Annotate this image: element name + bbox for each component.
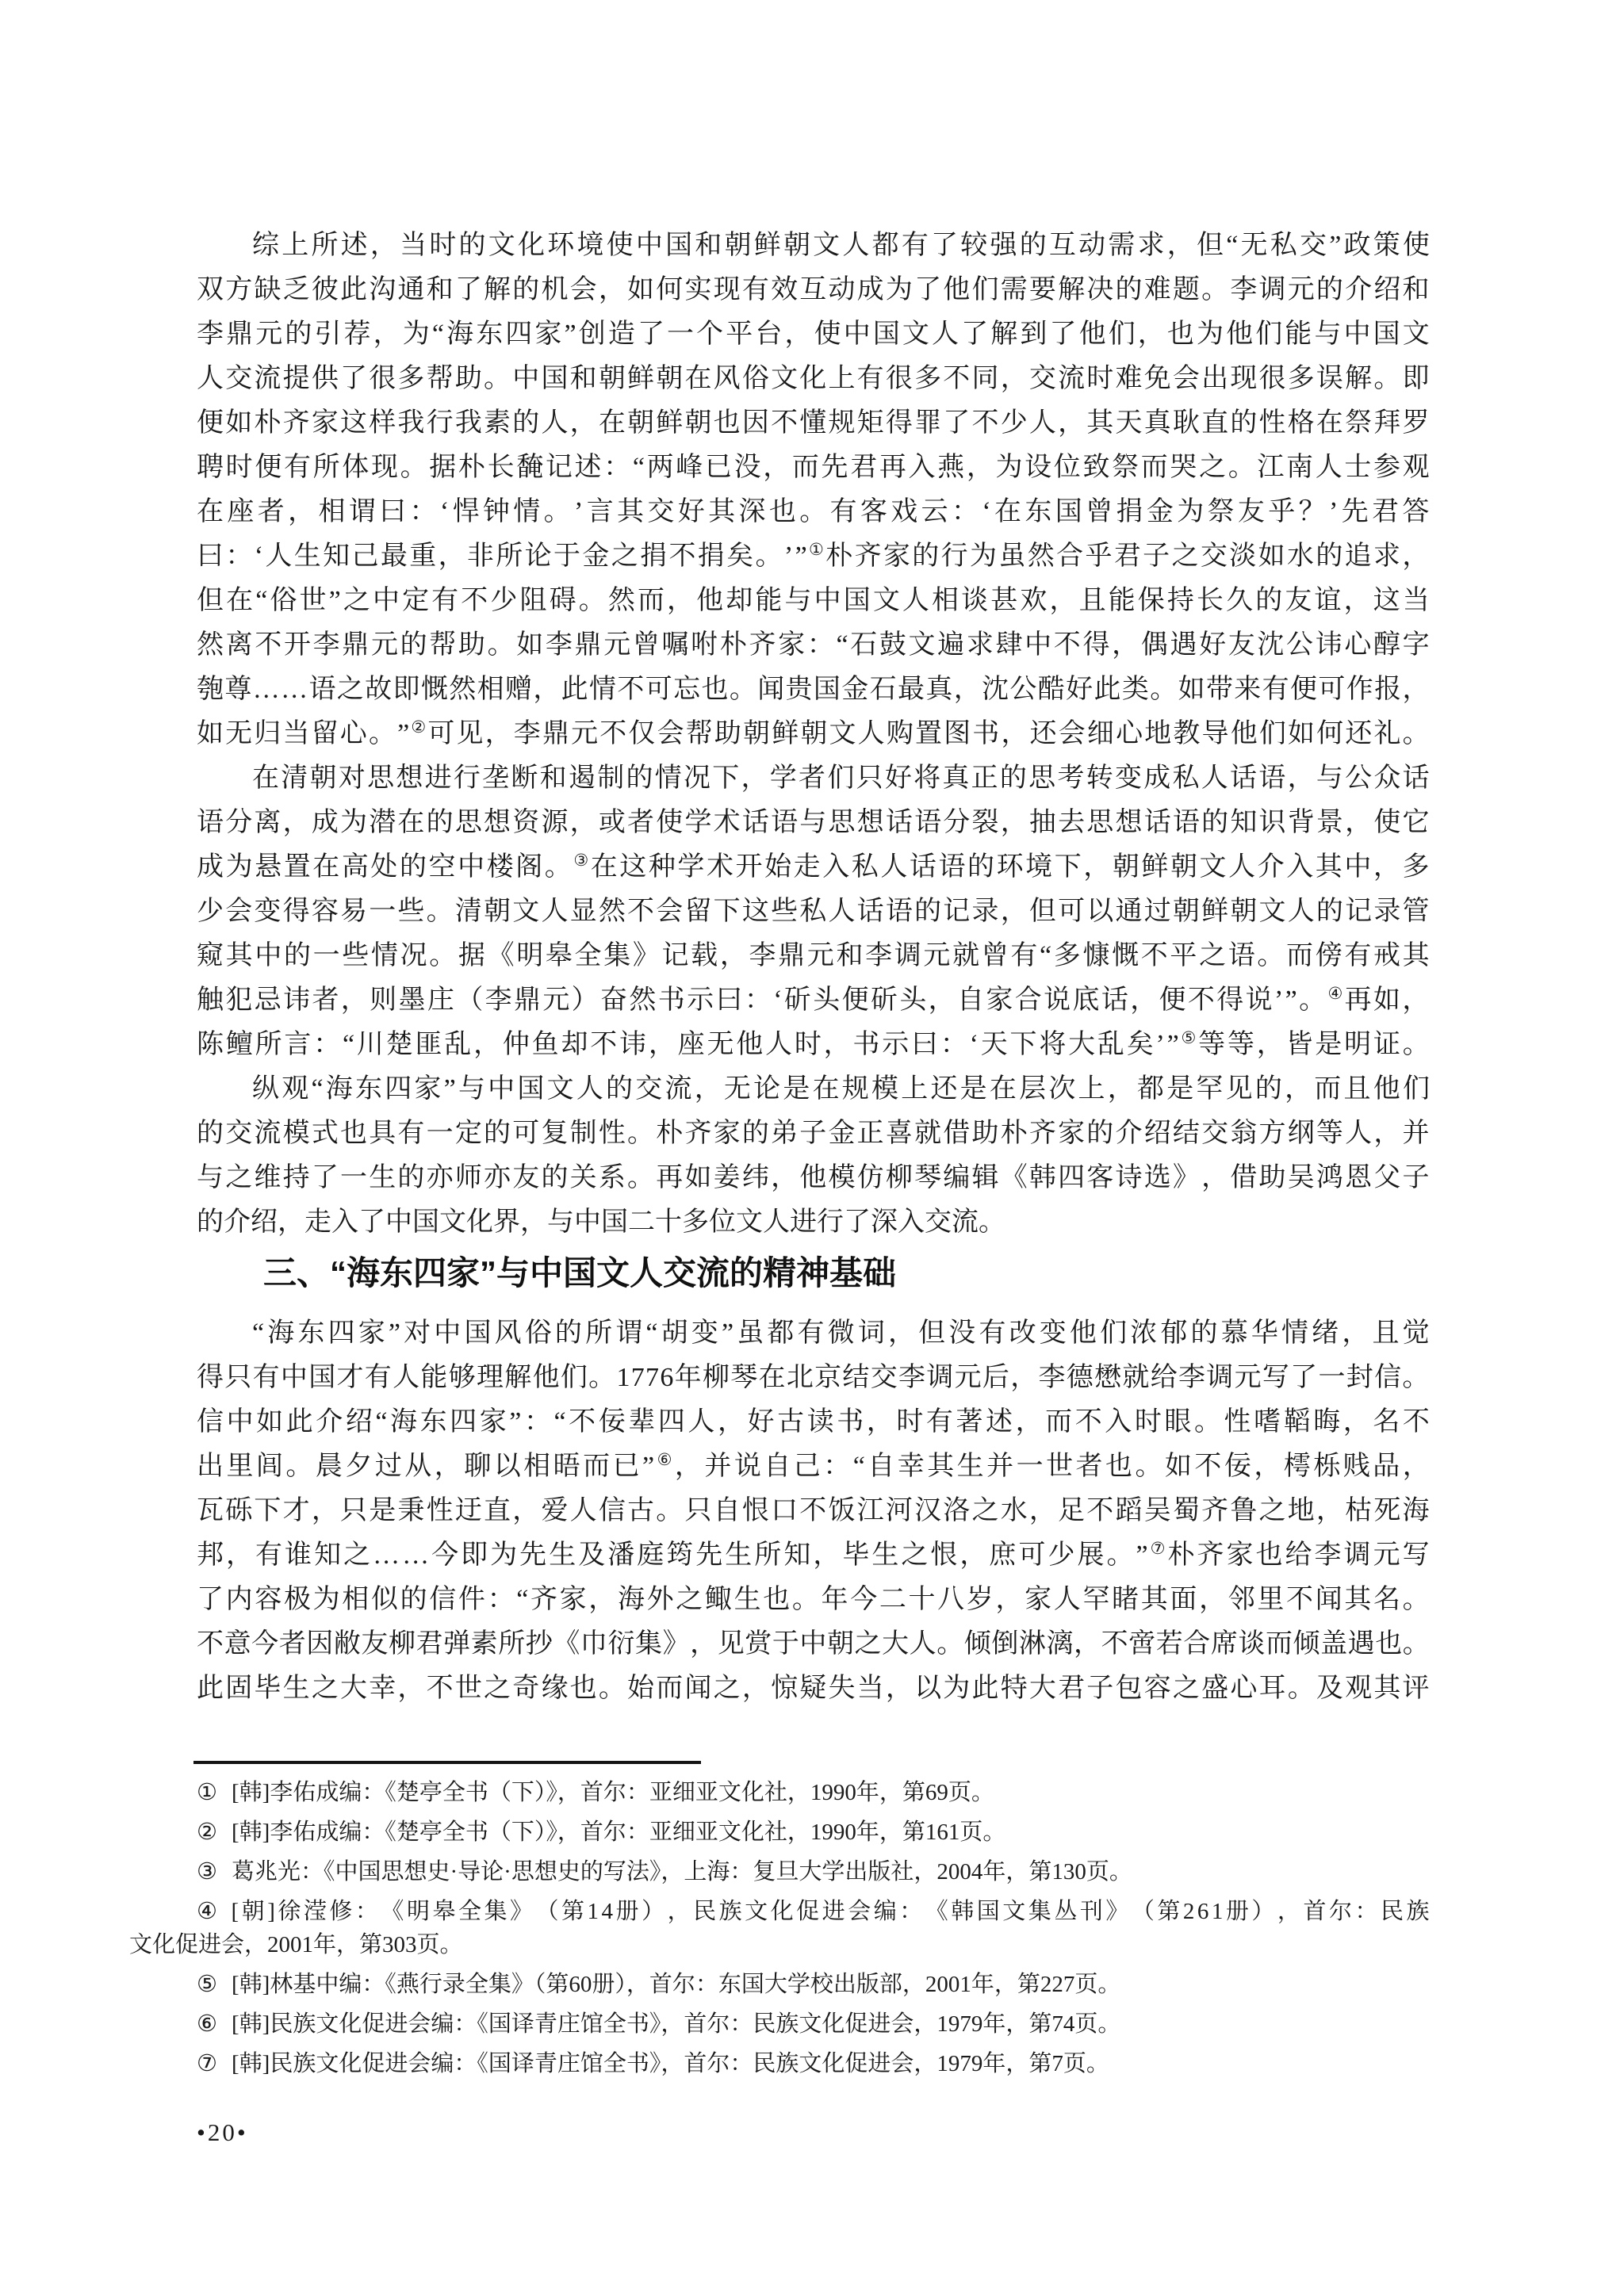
text-line: 瓦砾下才，只是秉性迂直，爱人信古。只自恨口不饭江河汉洛之水，足不蹈吴蜀齐鲁之地，… xyxy=(197,1489,1430,1533)
footnote-marker: ⑤ xyxy=(197,1972,217,1997)
footnote-line: ②[韩]李佑成编：《楚亭全书（下）》，首尔：亚细亚文化社，1990年，第161页… xyxy=(129,1816,1430,1849)
footnote-ref-superscript: ① xyxy=(809,527,824,572)
text-line: 成为悬置在高处的空中楼阁。③在这种学术开始走入私人话语的环境下，朝鲜朝文人介入其… xyxy=(197,845,1430,890)
footnote-text: 葛兆光：《中国思想史·导论·思想史的写法》，上海：复旦大学出版社，2004年，第… xyxy=(232,1859,1132,1885)
text-line: 双方缺乏彼此沟通和了解的机会，如何实现有效互动成为了他们需要解决的难题。李调元的… xyxy=(197,268,1430,312)
text-line: 了内容极为相似的信件：“齐家，海外之鲰生也。年今二十八岁，家人罕睹其面，邻里不闻… xyxy=(197,1578,1430,1622)
footnote-text: [韩]林基中编：《燕行录全集》（第60册），首尔：东国大学校出版部，2001年，… xyxy=(232,1972,1120,1997)
page-number: •20• xyxy=(197,2118,248,2147)
text-line: 邦，有谁知之……今即为先生及潘庭筠先生所知，毕生之恨，庶可少展。”⑦朴齐家也给李… xyxy=(197,1533,1430,1578)
text-line: 信中如此介绍“海东四家”：“不佞辈四人，好古读书，时有著述，而不入时眼。性嗜鞱晦… xyxy=(197,1400,1430,1445)
text-line: 此固毕生之大幸，不世之奇缘也。始而闻之，惊疑失当，以为此特大君子包容之盛心耳。及… xyxy=(197,1667,1430,1711)
text-line: 综上所述，当时的文化环境使中国和朝鲜朝文人都有了较强的互动需求，但“无私交”政策… xyxy=(197,224,1430,268)
footnote-line-continuation: 文化促进会，2001年，第303页。 xyxy=(129,1928,1430,1961)
footnote-separator xyxy=(193,1761,701,1764)
text-line: 然离不开李鼎元的帮助。如李鼎元曾嘱咐朴齐家：“石鼓文遍求肆中不得，偶遇好友沈公讳… xyxy=(197,623,1430,668)
footnote-text: [韩]民族文化促进会编：《国译青庄馆全书》，首尔：民族文化促进会，1979年，第… xyxy=(232,2051,1109,2076)
footnote-line: ⑦[韩]民族文化促进会编：《国译青庄馆全书》，首尔：民族文化促进会，1979年，… xyxy=(129,2047,1430,2080)
footnote-line: ⑤[韩]林基中编：《燕行录全集》（第60册），首尔：东国大学校出版部，2001年… xyxy=(129,1968,1430,2001)
text-line: 但在“俗世”之中定有不少阻碍。然而，他却能与中国文人相谈甚欢，且能保持长久的友谊… xyxy=(197,579,1430,623)
footnote-item: ①[韩]李佑成编：《楚亭全书（下）》，首尔：亚细亚文化社，1990年，第69页。 xyxy=(129,1776,1430,1809)
footnote-ref-superscript: ⑥ xyxy=(657,1437,672,1482)
text-line: 在清朝对思想进行垄断和遏制的情况下，学者们只好将真正的思考转变成私人话语，与公众… xyxy=(197,756,1430,801)
footnotes: ①[韩]李佑成编：《楚亭全书（下）》，首尔：亚细亚文化社，1990年，第69页。… xyxy=(129,1776,1430,2087)
text-line: 出里闾。晨夕过从，聊以相晤而已”⑥，并说自己：“自幸其生并一世者也。如不佞，樗栎… xyxy=(197,1445,1430,1489)
text-line: 的交流模式也具有一定的可复制性。朴齐家的弟子金正喜就借助朴齐家的介绍结交翁方纲等… xyxy=(197,1112,1430,1156)
text-line: 纵观“海东四家”与中国文人的交流，无论是在规模上还是在层次上，都是罕见的，而且他… xyxy=(197,1067,1430,1112)
text-line: 人交流提供了很多帮助。中国和朝鲜朝在风俗文化上有很多不同，交流时难免会出现很多误… xyxy=(197,357,1430,401)
text-line: 如无归当留心。”②可见，李鼎元不仅会帮助朝鲜朝文人购置图书，还会细心地教导他们如… xyxy=(197,712,1430,756)
footnote-marker: ① xyxy=(197,1780,217,1805)
text-line: 得只有中国才有人能够理解他们。1776年柳琴在北京结交李调元后，李德懋就给李调元… xyxy=(197,1356,1430,1400)
footnote-ref-superscript: ③ xyxy=(573,838,588,882)
footnote-ref-superscript: ⑤ xyxy=(1182,1016,1197,1060)
text-line: 少会变得容易一些。清朝文人显然不会留下这些私人话语的记录，但可以通过朝鲜朝文人的… xyxy=(197,890,1430,934)
footnote-text: [韩]民族文化促进会编：《国译青庄馆全书》，首尔：民族文化促进会，1979年，第… xyxy=(232,2011,1120,2037)
text-line: 触犯忌讳者，则墨庄（李鼎元）奋然书示曰：‘斫头便斫头，自家合说底话，便不得说’”… xyxy=(197,978,1430,1023)
footnote-ref-superscript: ⑦ xyxy=(1151,1526,1166,1571)
footnote-line: ⑥[韩]民族文化促进会编：《国译青庄馆全书》，首尔：民族文化促进会，1979年，… xyxy=(129,2007,1430,2041)
footnote-text: [韩]李佑成编：《楚亭全书（下）》，首尔：亚细亚文化社，1990年，第69页。 xyxy=(232,1780,994,1805)
text-line: 李鼎元的引荐，为“海东四家”创造了一个平台，使中国文人了解到了他们，也为他们能与… xyxy=(197,312,1430,357)
footnote-marker: ② xyxy=(197,1820,217,1845)
text-line: 不意今者因敝友柳君弹素所抄《巾衍集》，见赏于中朝之大人。倾倒淋漓，不啻若合席谈而… xyxy=(197,1622,1430,1667)
footnote-item: ②[韩]李佑成编：《楚亭全书（下）》，首尔：亚细亚文化社，1990年，第161页… xyxy=(129,1816,1430,1849)
footnote-marker: ③ xyxy=(197,1859,217,1885)
text-line: 匏尊……语之故即慨然相赠，此情不可忘也。闻贵国金石最真，沈公酷好此类。如带来有便… xyxy=(197,668,1430,712)
text-line: 便如朴齐家这样我行我素的人，在朝鲜朝也因不懂规矩得罪了不少人，其天真耿直的性格在… xyxy=(197,401,1430,446)
footnote-marker: ⑥ xyxy=(197,2011,217,2037)
footnote-line: ④[朝]徐滢修：《明皋全集》（第14册），民族文化促进会编：《韩国文集丛刊》（第… xyxy=(129,1895,1430,1928)
text-line: 的介绍，走入了中国文化界，与中国二十多位文人进行了深入交流。 xyxy=(197,1200,1430,1245)
footnote-ref-superscript: ④ xyxy=(1327,971,1342,1016)
text-line: 语分离，成为潜在的思想资源，或者使学术话语与思想话语分裂，抽去思想话语的知识背景… xyxy=(197,801,1430,845)
footnote-text: [韩]李佑成编：《楚亭全书（下）》，首尔：亚细亚文化社，1990年，第161页。 xyxy=(232,1820,1005,1845)
footnote-marker: ④ xyxy=(197,1895,217,1928)
text-line: “海东四家”对中国风俗的所谓“胡变”虽都有微词，但没有改变他们浓郁的慕华情绪，且… xyxy=(197,1311,1430,1356)
footnote-item: ③葛兆光：《中国思想史·导论·思想史的写法》，上海：复旦大学出版社，2004年，… xyxy=(129,1855,1430,1888)
document-page: 综上所述，当时的文化环境使中国和朝鲜朝文人都有了较强的互动需求，但“无私交”政策… xyxy=(0,0,1624,2296)
text-line: 曰：‘人生知己最重，非所论于金之捐不捐矣。’”①朴齐家的行为虽然合乎君子之交淡如… xyxy=(197,534,1430,579)
footnote-line: ③葛兆光：《中国思想史·导论·思想史的写法》，上海：复旦大学出版社，2004年，… xyxy=(129,1855,1430,1888)
footnote-line: ①[韩]李佑成编：《楚亭全书（下）》，首尔：亚细亚文化社，1990年，第69页。 xyxy=(129,1776,1430,1809)
text-line: 与之维持了一生的亦师亦友的关系。再如姜纬，他模仿柳琴编辑《韩四客诗选》，借助吴鸿… xyxy=(197,1156,1430,1200)
article-body: 综上所述，当时的文化环境使中国和朝鲜朝文人都有了较强的互动需求，但“无私交”政策… xyxy=(197,224,1430,1711)
text-line: 窥其中的一些情况。据《明皋全集》记载，李鼎元和李调元就曾有“多慷慨不平之语。而傍… xyxy=(197,934,1430,978)
footnote-item: ④[朝]徐滢修：《明皋全集》（第14册），民族文化促进会编：《韩国文集丛刊》（第… xyxy=(129,1895,1430,1961)
text-line: 聘时便有所体现。据朴长馣记述：“两峰已没，而先君再入燕，为设位致祭而哭之。江南人… xyxy=(197,446,1430,490)
footnote-item: ⑦[韩]民族文化促进会编：《国译青庄馆全书》，首尔：民族文化促进会，1979年，… xyxy=(129,2047,1430,2080)
footnote-ref-superscript: ② xyxy=(411,705,426,749)
footnote-item: ⑤[韩]林基中编：《燕行录全集》（第60册），首尔：东国大学校出版部，2001年… xyxy=(129,1968,1430,2001)
footnote-item: ⑥[韩]民族文化促进会编：《国译青庄馆全书》，首尔：民族文化促进会，1979年，… xyxy=(129,2007,1430,2041)
footnote-marker: ⑦ xyxy=(197,2051,217,2076)
text-line: 陈鳣所言：“川楚匪乱，仲鱼却不讳，座无他人时，书示曰：‘天下将大乱矣’”⑤等等，… xyxy=(197,1023,1430,1067)
section-heading: 三、“海东四家”与中国文人交流的精神基础 xyxy=(197,1251,1430,1295)
